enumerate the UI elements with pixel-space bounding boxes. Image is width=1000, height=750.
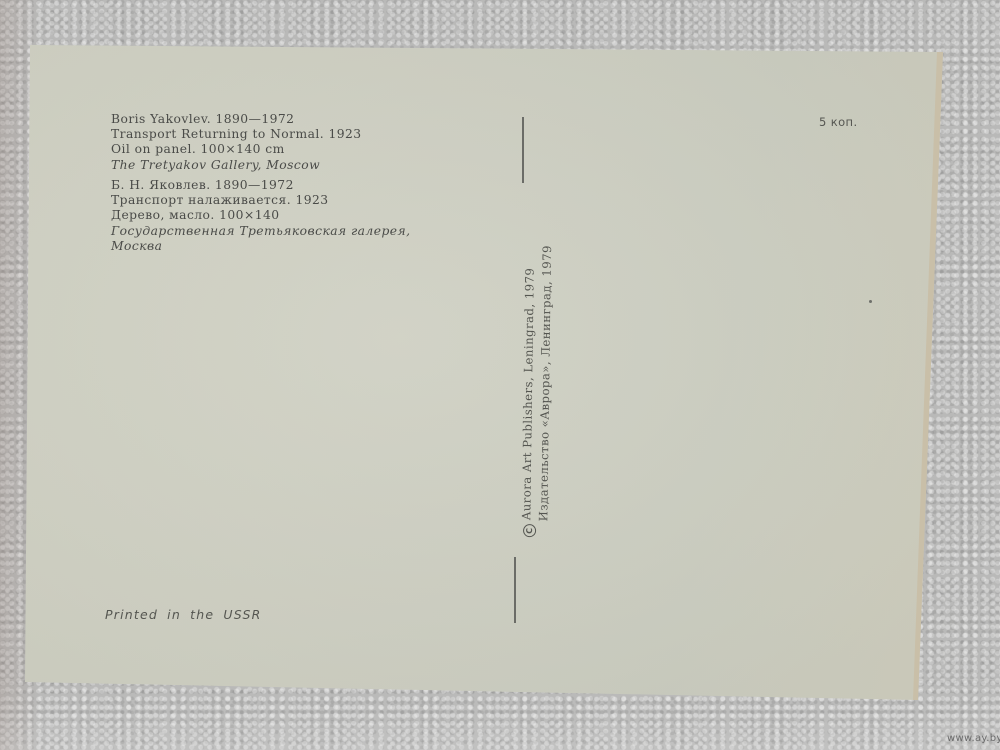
- artwork-medium-ru: Дерево, масло. 100×140: [111, 208, 410, 223]
- divider-line-bottom: [514, 557, 516, 623]
- paper-speck: [869, 300, 872, 303]
- watermark: www.ay.by: [947, 733, 1000, 744]
- caption-russian: Б. Н. Яковлев. 1890—1972 Транспорт налаж…: [111, 178, 410, 254]
- divider-line-top: [522, 117, 524, 183]
- copyright-icon: C: [523, 524, 536, 537]
- collection-en: The Tretyakov Gallery, Moscow: [111, 158, 362, 173]
- publisher-en: Aurora Art Publishers, Leningrad, 1979: [519, 268, 537, 521]
- artist-name-ru: Б. Н. Яковлев. 1890—1972: [111, 178, 410, 193]
- collection-ru-line2: Москва: [111, 239, 410, 254]
- price-label: 5 коп.: [819, 115, 858, 129]
- publisher-imprint: CAurora Art Publishers, Leningrad, 1979 …: [519, 245, 556, 538]
- artwork-medium-en: Oil on panel. 100×140 cm: [111, 142, 362, 157]
- caption-english: Boris Yakovlev. 1890—1972 Transport Retu…: [111, 112, 362, 173]
- printed-in-label: Printed in the USSR: [105, 607, 262, 622]
- artwork-title-en: Transport Returning to Normal. 1923: [111, 127, 362, 142]
- artist-name-en: Boris Yakovlev. 1890—1972: [111, 112, 362, 127]
- collection-ru-line1: Государственная Третьяковская галерея,: [111, 224, 410, 239]
- artwork-title-ru: Транспорт налаживается. 1923: [111, 193, 410, 208]
- towel-highlight: [0, 690, 1000, 750]
